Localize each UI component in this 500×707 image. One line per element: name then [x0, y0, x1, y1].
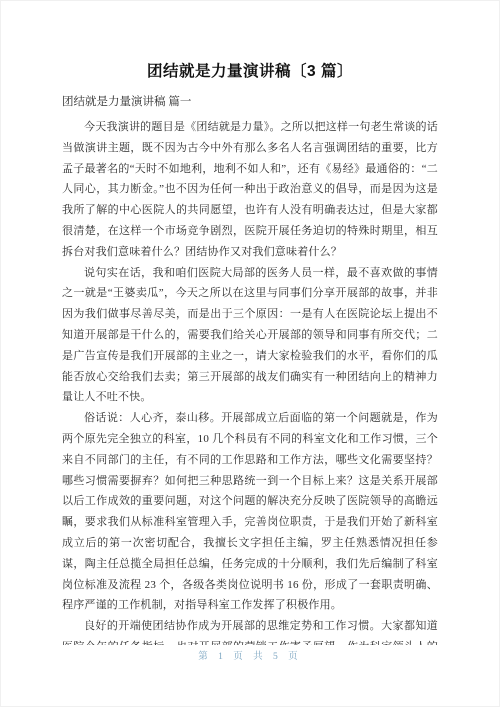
section-heading: 团结就是力量演讲稿 篇一 [62, 95, 438, 110]
body-paragraph: 良好的开端使团结协作成为开展部的思维定势和工作习惯。大家都知道医院今年的任务指标… [62, 616, 438, 645]
document-title: 团结就是力量演讲稿〔3 篇〕 [1, 1, 499, 83]
document-page: 团结就是力量演讲稿〔3 篇〕 团结就是力量演讲稿 篇一 今天我演讲的题目是《团结… [0, 0, 500, 707]
page-number-footer: 第 1 页 共 5 页 [1, 648, 499, 662]
document-body: 今天我演讲的题目是《团结就是力量》。之所以把这样一句老生常谈的话当做演讲主题，既… [62, 117, 438, 645]
body-paragraph: 俗话说：人心齐，泰山移。开展部成立后面临的第一个问题就是，作为两个原先完全独立的… [62, 408, 438, 616]
body-paragraph: 说句实在话，我和咱们医院大局部的医务人员一样，最不喜欢做的事情之一就是“王婆卖瓜… [62, 263, 438, 409]
body-paragraph: 今天我演讲的题目是《团结就是力量》。之所以把这样一句老生常谈的话当做演讲主题，既… [62, 117, 438, 263]
